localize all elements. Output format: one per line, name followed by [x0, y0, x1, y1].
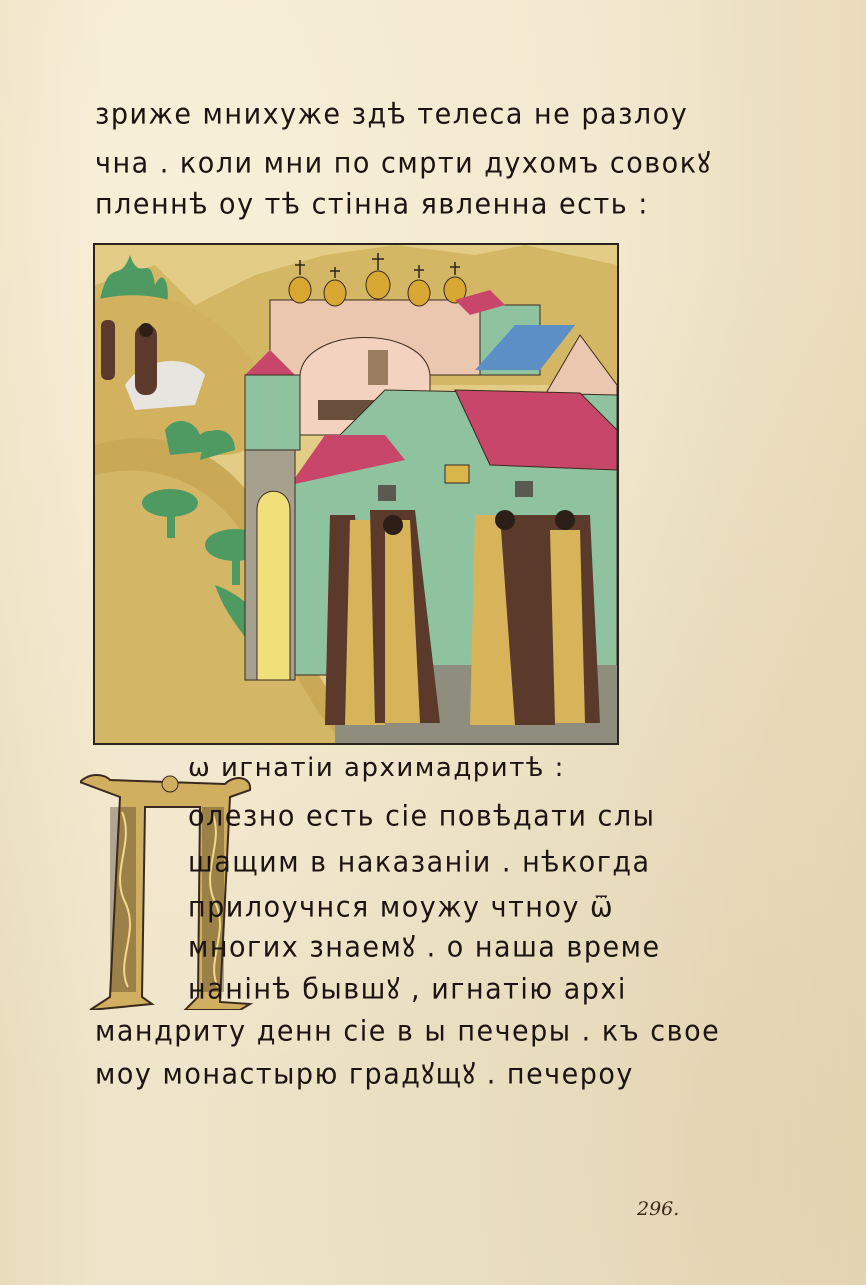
- illuminated-miniature: [93, 243, 619, 745]
- folio-number: 296.: [637, 1198, 679, 1220]
- text-line-8: нанiнѣ бывшꙋ , игнатiю архi: [188, 972, 627, 1008]
- text-line-6: прилоучнся моужу чтноу ѿ: [188, 890, 614, 926]
- miniature-scene-icon: [95, 245, 617, 743]
- manuscript-page: зриже мнихуже здѣ телеса не разлоу чна .…: [0, 0, 866, 1285]
- text-line-4: олезно есть сiе повѣдати слы: [188, 799, 655, 835]
- text-line-2: чна . коли мни по смрти духомъ совокꙋ: [95, 146, 712, 182]
- text-line-3: пленнѣ оу тѣ стiнна явленна есть :: [95, 187, 649, 223]
- text-line-9: мандриту денн сiе в ы печеры . къ своe: [95, 1014, 720, 1050]
- text-line-10: моу монастырю градꙋщꙋ . печероу: [95, 1057, 634, 1093]
- text-line-7: многих знаемꙋ . о наша времe: [188, 930, 661, 966]
- text-line-1: зриже мнихуже здѣ телеса не разлоу: [95, 97, 688, 133]
- text-line-5: шащим в наказанiи . нѣкогда: [188, 845, 651, 881]
